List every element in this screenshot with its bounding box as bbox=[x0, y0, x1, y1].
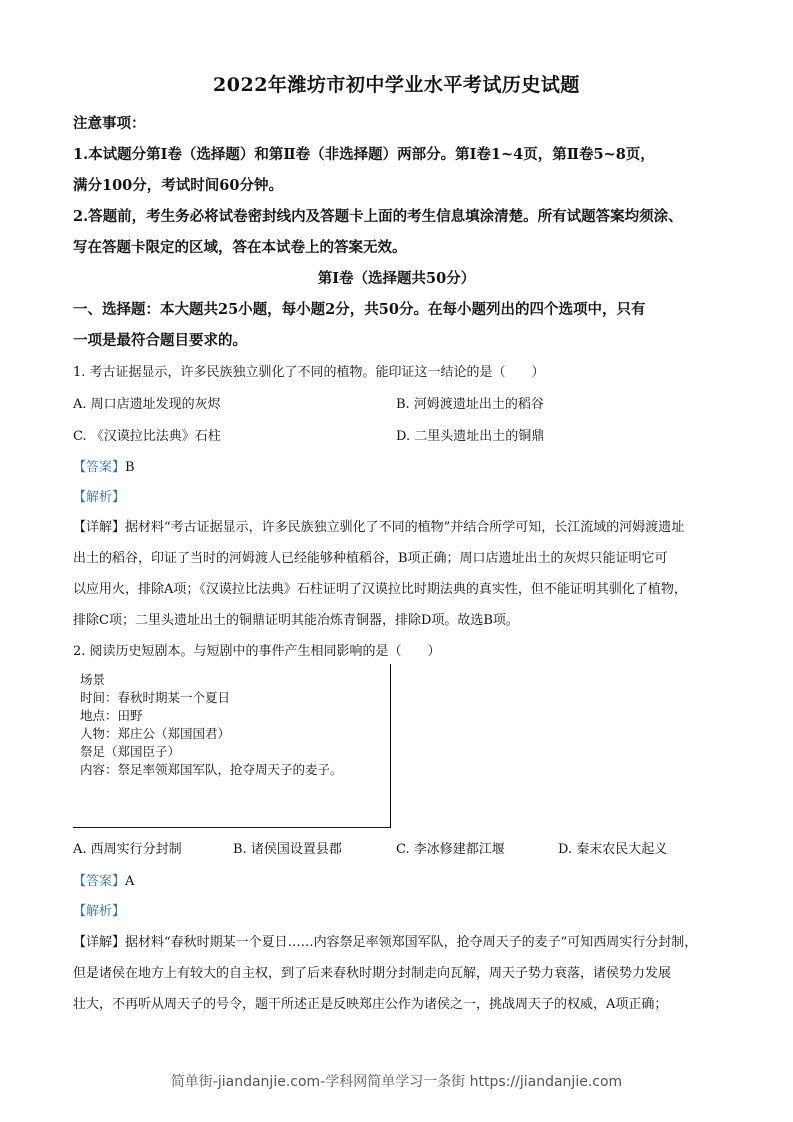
scene-line-2: 时间：春秋时期某一个夏日 bbox=[80, 688, 230, 706]
notice-item-2-line-2: 写在答题卡限定的区域，答在本试卷上的答案无效。 bbox=[73, 236, 407, 257]
question-2-answer: 【答案】A bbox=[73, 870, 134, 889]
section-instruction-line-2: 一项是最符合题目要求的。 bbox=[73, 329, 247, 350]
scene-line-3: 地点：田野 bbox=[80, 706, 143, 724]
question-2-option-b: B. 诸侯国设置县郡 bbox=[233, 838, 342, 857]
section-instruction-line-1: 一、选择题：本大题共25小题，每小题2分，共50分。在每小题列出的四个选项中，只… bbox=[73, 298, 645, 319]
question-2-option-c: C. 李冰修建都江堰 bbox=[396, 838, 505, 857]
question-2-detail-line-2: 但是诸侯在地方上有较大的自主权，到了后来春秋时期分封制走向瓦解，周天子势力衰落，… bbox=[73, 962, 671, 981]
question-2-detail-line-1: 【详解】据材料“春秋时期某一个夏日……内容祭足率领郑国军队，抢夺周天子的麦子”可… bbox=[73, 931, 697, 950]
scene-line-1: 场景 bbox=[80, 670, 105, 688]
detail-tag: 【详解】 bbox=[73, 520, 125, 535]
question-1-detail-line-4: 排除C项；二里头遗址出土的铜鼎证明其能冶炼青铜器，排除D项。故选B项。 bbox=[73, 609, 519, 628]
question-2-detail-line-3: 壮大，不再听从周天子的号令，题干所述正是反映郑庄公作为诸侯之一，挑战周天子的权威… bbox=[73, 993, 667, 1012]
detail-text: 据材料“春秋时期某一个夏日……内容祭足率领郑国军队，抢夺周天子的麦子”可知西周实… bbox=[125, 935, 697, 950]
scene-line-6: 内容：祭足率领郑国军队，抢夺周天子的麦子。 bbox=[80, 760, 343, 778]
answer-tag: 【答案】 bbox=[73, 460, 125, 475]
question-1-stem: 1. 考古证据显示，许多民族独立驯化了不同的植物。能印证这一结论的是（ ） bbox=[73, 361, 545, 380]
question-1-option-a: A. 周口店遗址发现的灰烬 bbox=[73, 393, 221, 412]
question-1-detail-line-2: 出土的稻谷，印证了当时的河姆渡人已经能够种植稻谷，B项正确；周口店遗址出土的灰烬… bbox=[73, 547, 668, 566]
answer-value: B bbox=[125, 460, 135, 475]
question-1-detail-line-3: 以应用火，排除A项；《汉谟拉比法典》石柱证明了汉谟拉比时期法典的真实性，但不能证… bbox=[73, 578, 687, 597]
notice-item-2-line-1: 2.答题前，考生务必将试卷密封线内及答题卡上面的考生信息填涂清楚。所有试题答案均… bbox=[73, 205, 683, 226]
notice-item-1-line-1: 1.本试题分第Ⅰ卷（选择题）和第Ⅱ卷（非选择题）两部分。第Ⅰ卷1~4页，第Ⅱ卷5… bbox=[73, 143, 655, 164]
question-1-option-c: C. 《汉谟拉比法典》石柱 bbox=[73, 425, 221, 444]
question-1-option-d: D. 二里头遗址出土的铜鼎 bbox=[396, 425, 544, 444]
question-1-analysis-tag: 【解析】 bbox=[73, 486, 125, 505]
scene-line-4: 人物：郑庄公（郑国国君） bbox=[80, 724, 230, 742]
notice-item-1-line-2: 满分100分，考试时间60分钟。 bbox=[73, 174, 283, 195]
question-1-option-b: B. 河姆渡遗址出土的稻谷 bbox=[396, 393, 544, 412]
question-2-analysis-tag: 【解析】 bbox=[73, 900, 125, 919]
exam-page: 2022年潍坊市初中学业水平考试历史试题 注意事项： 1.本试题分第Ⅰ卷（选择题… bbox=[0, 0, 793, 1122]
question-2-option-a: A. 西周实行分封制 bbox=[73, 838, 182, 857]
section-title: 第Ⅰ卷（选择题共50分） bbox=[0, 267, 793, 288]
question-1-detail-line-1: 【详解】据材料“考古证据显示，许多民族独立驯化了不同的植物”并结合所学可知，长江… bbox=[73, 516, 684, 535]
answer-value: A bbox=[125, 874, 134, 889]
detail-text: 据材料“考古证据显示，许多民族独立驯化了不同的植物”并结合所学可知，长江流域的河… bbox=[125, 520, 684, 535]
question-2-option-d: D. 秦末农民大起义 bbox=[558, 838, 667, 857]
scene-line-5: 祭足（郑国臣子） bbox=[80, 742, 180, 760]
answer-tag: 【答案】 bbox=[73, 874, 125, 889]
notice-heading: 注意事项： bbox=[73, 112, 146, 133]
page-title: 2022年潍坊市初中学业水平考试历史试题 bbox=[0, 70, 793, 97]
question-1-answer: 【答案】B bbox=[73, 456, 135, 475]
question-2-stem: 2. 阅读历史短剧本。与短剧中的事件产生相同影响的是（ ） bbox=[73, 640, 441, 659]
footer-watermark: 简单街-jiandanjie.com-学科网简单学习一条街 https://ji… bbox=[0, 1071, 793, 1091]
detail-tag: 【详解】 bbox=[73, 935, 125, 950]
